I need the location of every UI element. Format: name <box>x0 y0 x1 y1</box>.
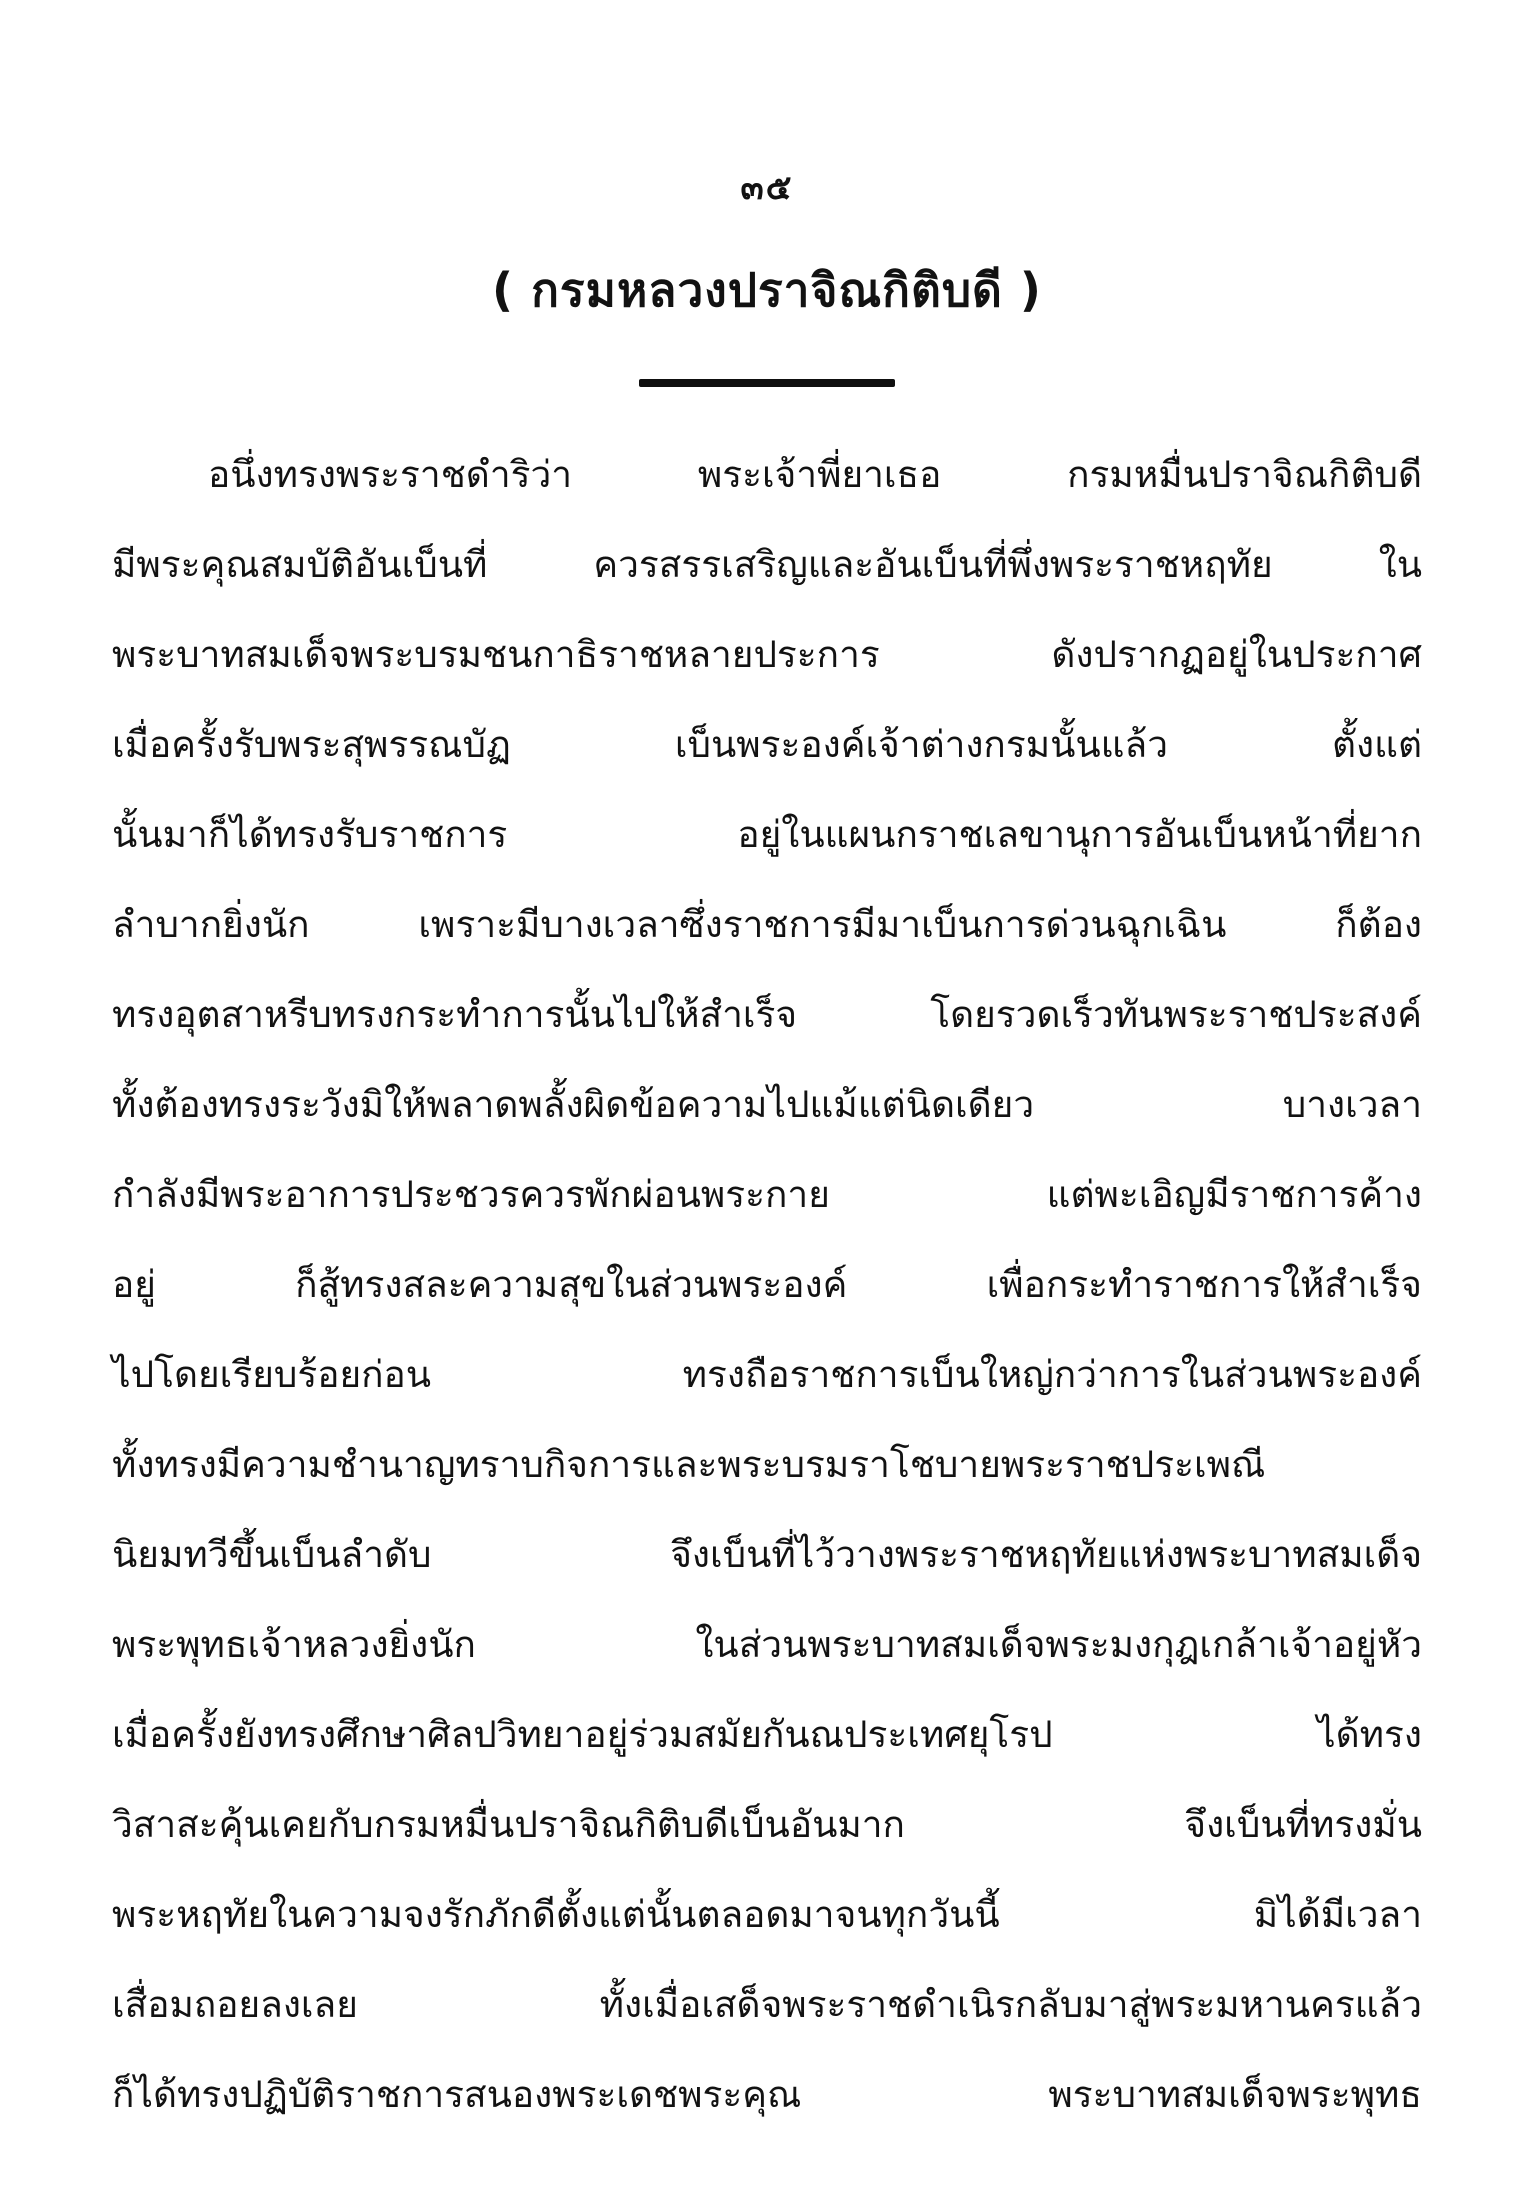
text-segment: วิสาสะคุ้นเคยกับกรมหมื่นปราจิณกิติบดีเบ็… <box>112 1795 905 1854</box>
body-text: อนึ่งทรงพระราชดำริว่า พระเจ้าพี่ยาเธอ กร… <box>0 429 1534 2139</box>
text-segment: โดยรวดเร็วทันพระราชประสงค์ <box>930 985 1422 1044</box>
text-segment: พระเจ้าพี่ยาเธอ <box>698 445 942 504</box>
text-line: มีพระคุณสมบัติอันเบ็นที่ ควรสรรเสริญและอ… <box>112 519 1422 609</box>
text-line: ทั้งทรงมีความชำนาญทราบกิจการและพระบรมราโ… <box>112 1419 1422 1509</box>
text-line: เสื่อมถอยลงเลย ทั้งเมื่อเสด็จพระราชดำเนิ… <box>112 1959 1422 2049</box>
text-segment: ได้ทรง <box>1317 1705 1422 1764</box>
text-segment: อยู่ <box>112 1255 156 1314</box>
text-line: พระบาทสมเด็จพระบรมชนกาธิราชหลายประการ ดั… <box>112 609 1422 699</box>
text-segment: ดังปรากฏอยู่ในประกาศ <box>1051 625 1422 684</box>
text-segment: พระพุทธเจ้าหลวงยิ่งนัก <box>112 1615 476 1674</box>
text-segment: ทั้งเมื่อเสด็จพระราชดำเนิรกลับมาสู่พระมห… <box>600 1975 1422 2034</box>
text-segment: ก็ต้อง <box>1335 895 1422 954</box>
text-line: กำลังมีพระอาการประชวรควรพักผ่อนพระกาย แต… <box>112 1149 1422 1239</box>
text-segment: นั้นมาก็ได้ทรงรับราชการ <box>112 805 507 864</box>
text-segment: จึงเบ็นที่ทรงมั่น <box>1184 1795 1422 1854</box>
text-line: ลำบากยิ่งนัก เพราะมีบางเวลาซึ่งราชการมีม… <box>112 879 1422 969</box>
text-segment: ทรงอุตสาหรีบทรงกระทำการนั้นไปให้สำเร็จ <box>112 985 797 1044</box>
text-segment: เมื่อครั้งรับพระสุพรรณบัฏ <box>112 715 511 774</box>
text-segment: ไปโดยเรียบร้อยก่อน <box>112 1345 431 1404</box>
text-line: เมื่อครั้งรับพระสุพรรณบัฏ เบ็นพระองค์เจ้… <box>112 699 1422 789</box>
text-segment: อยู่ในแผนกราชเลขานุการอันเบ็นหน้าที่ยาก <box>737 805 1422 864</box>
text-segment: พระบาทสมเด็จพระพุทธ <box>1048 2065 1422 2124</box>
text-line: วิสาสะคุ้นเคยกับกรมหมื่นปราจิณกิติบดีเบ็… <box>112 1779 1422 1869</box>
text-segment: พระบาทสมเด็จพระบรมชนกาธิราชหลายประการ <box>112 625 880 684</box>
text-line: พระพุทธเจ้าหลวงยิ่งนัก ในส่วนพระบาทสมเด็… <box>112 1599 1422 1689</box>
text-segment: ในส่วนพระบาทสมเด็จพระมงกุฎเกล้าเจ้าอยู่ห… <box>695 1615 1422 1674</box>
text-line: ทรงอุตสาหรีบทรงกระทำการนั้นไปให้สำเร็จ โ… <box>112 969 1422 1059</box>
text-segment: ตั้งแต่ <box>1332 715 1422 774</box>
text-segment: แต่พะเอิญมีราชการค้าง <box>1047 1165 1422 1224</box>
text-segment: เสื่อมถอยลงเลย <box>112 1975 358 2034</box>
text-line: ก็ได้ทรงปฏิบัติราชการสนองพระเดชพระคุณ พร… <box>112 2049 1422 2139</box>
text-segment: อนึ่งทรงพระราชดำริว่า <box>208 445 572 504</box>
text-line: อยู่ ก็สู้ทรงสละความสุขในส่วนพระองค์ เพื… <box>112 1239 1422 1329</box>
text-segment: ก็สู้ทรงสละความสุขในส่วนพระองค์ <box>295 1255 847 1314</box>
text-segment: เพื่อกระทำราชการให้สำเร็จ <box>987 1255 1422 1314</box>
text-segment: ทั้งทรงมีความชำนาญทราบกิจการและพระบรมราโ… <box>112 1435 1265 1494</box>
text-segment: เบ็นพระองค์เจ้าต่างกรมนั้นแล้ว <box>675 715 1168 774</box>
page-title: ( กรมหลวงปราจิณกิติบดี ) <box>0 254 1534 327</box>
title-divider-rule <box>639 379 895 387</box>
text-segment: เมื่อครั้งยังทรงศึกษาศิลปวิทยาอยู่ร่วมสม… <box>112 1705 1053 1764</box>
text-line: อนึ่งทรงพระราชดำริว่า พระเจ้าพี่ยาเธอ กร… <box>112 429 1422 519</box>
text-line: นั้นมาก็ได้ทรงรับราชการ อยู่ในแผนกราชเลข… <box>112 789 1422 879</box>
text-segment: มิได้มีเวลา <box>1254 1885 1422 1944</box>
text-segment: กำลังมีพระอาการประชวรควรพักผ่อนพระกาย <box>112 1165 830 1224</box>
text-segment: ก็ได้ทรงปฏิบัติราชการสนองพระเดชพระคุณ <box>112 2065 801 2124</box>
text-segment: ควรสรรเสริญและอันเบ็นที่พึ่งพระราชหฤทัย <box>593 535 1272 594</box>
text-line: ทั้งต้องทรงระวังมิให้พลาดพลั้งผิดข้อความ… <box>112 1059 1422 1149</box>
text-segment: บางเวลา <box>1283 1075 1422 1134</box>
text-segment: กรมหมื่นปราจิณกิติบดี <box>1067 445 1422 504</box>
text-segment: ลำบากยิ่งนัก <box>112 895 310 954</box>
text-segment: ใน <box>1379 535 1422 594</box>
scanned-book-page: ๓๕ ( กรมหลวงปราจิณกิติบดี ) อนึ่งทรงพระร… <box>0 0 1534 2209</box>
text-segment: พระหฤทัยในความจงรักภักดีตั้งแต่นั้นตลอดม… <box>112 1885 1000 1944</box>
text-segment: เพราะมีบางเวลาซึ่งราชการมีมาเบ็นการด่วนฉ… <box>418 895 1226 954</box>
text-segment: จึงเบ็นที่ไว้วางพระราชหฤทัยแห่งพระบาทสมเ… <box>670 1525 1422 1584</box>
text-line: ไปโดยเรียบร้อยก่อน ทรงถือราชการเบ็นใหญ่ก… <box>112 1329 1422 1419</box>
text-segment: ทั้งต้องทรงระวังมิให้พลาดพลั้งผิดข้อความ… <box>112 1075 1034 1134</box>
text-line: พระหฤทัยในความจงรักภักดีตั้งแต่นั้นตลอดม… <box>112 1869 1422 1959</box>
text-segment: ทรงถือราชการเบ็นใหญ่กว่าการในส่วนพระองค์ <box>683 1345 1422 1404</box>
text-line: เมื่อครั้งยังทรงศึกษาศิลปวิทยาอยู่ร่วมสม… <box>112 1689 1422 1779</box>
text-line: นิยมทวีขึ้นเบ็นลำดับ จึงเบ็นที่ไว้วางพระ… <box>112 1509 1422 1599</box>
text-segment: มีพระคุณสมบัติอันเบ็นที่ <box>112 535 487 594</box>
text-segment: นิยมทวีขึ้นเบ็นลำดับ <box>112 1525 432 1584</box>
page-number: ๓๕ <box>0 0 1534 214</box>
